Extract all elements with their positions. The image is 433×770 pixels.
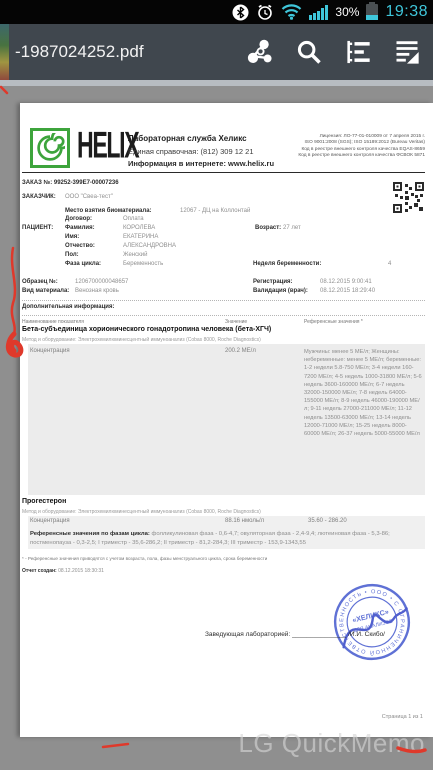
pregnancy-week-label: Неделя беременности: bbox=[253, 261, 321, 267]
lab-head-name: /И.И. Скибо/ bbox=[348, 631, 385, 638]
age-value: 27 лет bbox=[283, 225, 301, 231]
customer-label: ЗАКАЗЧИК: bbox=[22, 194, 56, 200]
share-icon[interactable] bbox=[246, 38, 274, 66]
sample-number: 1206700000048657 bbox=[75, 279, 128, 285]
lab-name: Лабораторная служба Хеликс bbox=[128, 134, 247, 143]
lab-website: Информация в интернете: www.helix.ru bbox=[128, 159, 274, 168]
firstname-value: ЕКАТЕРИНА bbox=[123, 234, 158, 240]
reference-values-progesterone: 35.60 - 286.20 bbox=[308, 518, 347, 524]
lg-quickmemo-watermark: LG QuickMemo bbox=[238, 728, 425, 759]
wifi-icon bbox=[281, 4, 302, 20]
viewer-top-strip bbox=[0, 80, 433, 86]
order-number: 99252-399E7-00007236 bbox=[54, 180, 119, 186]
document-title: -1987024252.pdf bbox=[15, 42, 144, 62]
order-label: ЗАКАЗ №: 99252-399E7-00007236 bbox=[22, 180, 119, 186]
place-value: 12067 - ДЦ на Коллонтай bbox=[180, 208, 250, 214]
wallpaper-sliver bbox=[0, 24, 9, 80]
signal-strength-icon bbox=[309, 5, 328, 20]
contract-value: Оплата bbox=[123, 216, 144, 222]
license-line: ISO 9001:2008 (SGS); ISO 15189:2012 (Bur… bbox=[298, 140, 425, 146]
registration-value: 08.12.2015 9:00:41 bbox=[320, 279, 372, 285]
place-label: Место взятия биоматериала: bbox=[65, 208, 152, 214]
outline-toc-icon[interactable] bbox=[344, 38, 372, 66]
report-page: HELIX Лабораторная служба Хеликс Единая … bbox=[20, 103, 433, 737]
pdf-viewer-canvas[interactable]: HELIX Лабораторная служба Хеликс Единая … bbox=[0, 80, 433, 770]
search-icon[interactable] bbox=[295, 38, 323, 66]
age-label: Возраст: bbox=[255, 225, 281, 231]
method-line: Метод и оборудование: Электрохемилюминес… bbox=[22, 509, 261, 515]
lab-head-label: Заведующая лабораторией: bbox=[205, 631, 290, 638]
column-header-name: Наименование показателя bbox=[22, 319, 84, 325]
firstname-label: Имя: bbox=[65, 234, 79, 240]
qr-code bbox=[393, 182, 424, 218]
analyte-title-progesterone: Прогестерон bbox=[22, 498, 66, 505]
battery-icon bbox=[366, 4, 378, 20]
license-line: Код в реестре внешнего контроля качества… bbox=[298, 153, 425, 159]
phase-reference-text: Референсные значения по фазам цикла: фол… bbox=[30, 530, 422, 548]
extra-info-label: Дополнительная информация: bbox=[22, 304, 115, 310]
middlename-value: АЛЕКСАНДРОВНА bbox=[123, 243, 176, 249]
alarm-clock-icon bbox=[256, 3, 274, 21]
contract-label: Договор: bbox=[65, 216, 92, 222]
header-rule bbox=[22, 172, 425, 173]
phase-reference-label: Референсные значения по фазам цикла: bbox=[30, 531, 150, 537]
reference-values-bhcg: Мужчины: менее 5 МЕ/л; Женщины: небереме… bbox=[304, 348, 422, 438]
signature-underline: _______________ bbox=[292, 631, 346, 638]
patient-label: ПАЦИЕНТ: bbox=[22, 225, 53, 231]
helix-logo-icon bbox=[30, 128, 70, 168]
report-created-line: Отчет создан: 08.12.2015 18:30:31 bbox=[22, 568, 104, 574]
middlename-label: Отчество: bbox=[65, 243, 95, 249]
view-mode-icon[interactable] bbox=[393, 38, 421, 66]
dotted-divider bbox=[22, 315, 425, 316]
validation-label: Валидация (врач): bbox=[253, 288, 308, 294]
lab-round-stamp: • ООО • С ОГРАНИЧЕННОЙ ОТВЕТСТВЕННОСТЬЮ … bbox=[324, 574, 421, 671]
pregnancy-week-value: 4 bbox=[388, 261, 391, 267]
app-toolbar: -1987024252.pdf bbox=[0, 24, 433, 80]
analyte-title-bhcg: Бета-субъединица хорионического гонадотр… bbox=[22, 326, 271, 333]
lastname-label: Фамилия: bbox=[65, 225, 95, 231]
column-header-reference: Референсные значения * bbox=[304, 319, 363, 325]
lastname-value: КОРОЛЕВА bbox=[123, 225, 155, 231]
parameter-name: Концентрация bbox=[30, 348, 70, 354]
lab-phone: Единая справочная: (812) 309 12 21 bbox=[128, 147, 254, 156]
clock-time: 19:38 bbox=[385, 3, 428, 21]
cycle-phase-label: Фаза цикла: bbox=[65, 261, 101, 267]
reference-footnote: * - Референсные значения приводятся с уч… bbox=[22, 556, 267, 561]
cycle-phase-value: Беременность bbox=[123, 261, 163, 267]
sex-label: Пол: bbox=[65, 252, 79, 258]
result-value-bhcg: 200.2 МЕ/л bbox=[225, 348, 256, 354]
sex-value: Женский bbox=[123, 252, 147, 258]
parameter-name: Концентрация bbox=[30, 518, 70, 524]
column-header-value: Значение bbox=[225, 319, 247, 325]
customer-value: ООО "Свеа-тест" bbox=[65, 194, 113, 200]
battery-percent: 30% bbox=[335, 5, 359, 19]
material-label: Вид материала: bbox=[22, 288, 69, 294]
status-bar: 30% 19:38 bbox=[0, 0, 433, 24]
registration-label: Регистрация: bbox=[253, 279, 293, 285]
result-value-progesterone: 88.16 нмоль/л bbox=[225, 518, 264, 524]
validation-value: 08.12.2015 18:29:40 bbox=[320, 288, 375, 294]
dotted-divider bbox=[22, 300, 425, 301]
license-block: Лицензия: ЛО-77-01-010009 от 7 апреля 20… bbox=[298, 134, 425, 160]
lab-head-signature-line: Заведующая лабораторией: _______________… bbox=[205, 631, 385, 638]
sample-label: Образец №: bbox=[22, 279, 58, 285]
page-number: Страница 1 из 1 bbox=[382, 714, 423, 720]
material-value: Венозная кровь bbox=[75, 288, 119, 294]
bluetooth-icon bbox=[232, 4, 249, 21]
method-line: Метод и оборудование: Электрохемилюминес… bbox=[22, 337, 261, 343]
